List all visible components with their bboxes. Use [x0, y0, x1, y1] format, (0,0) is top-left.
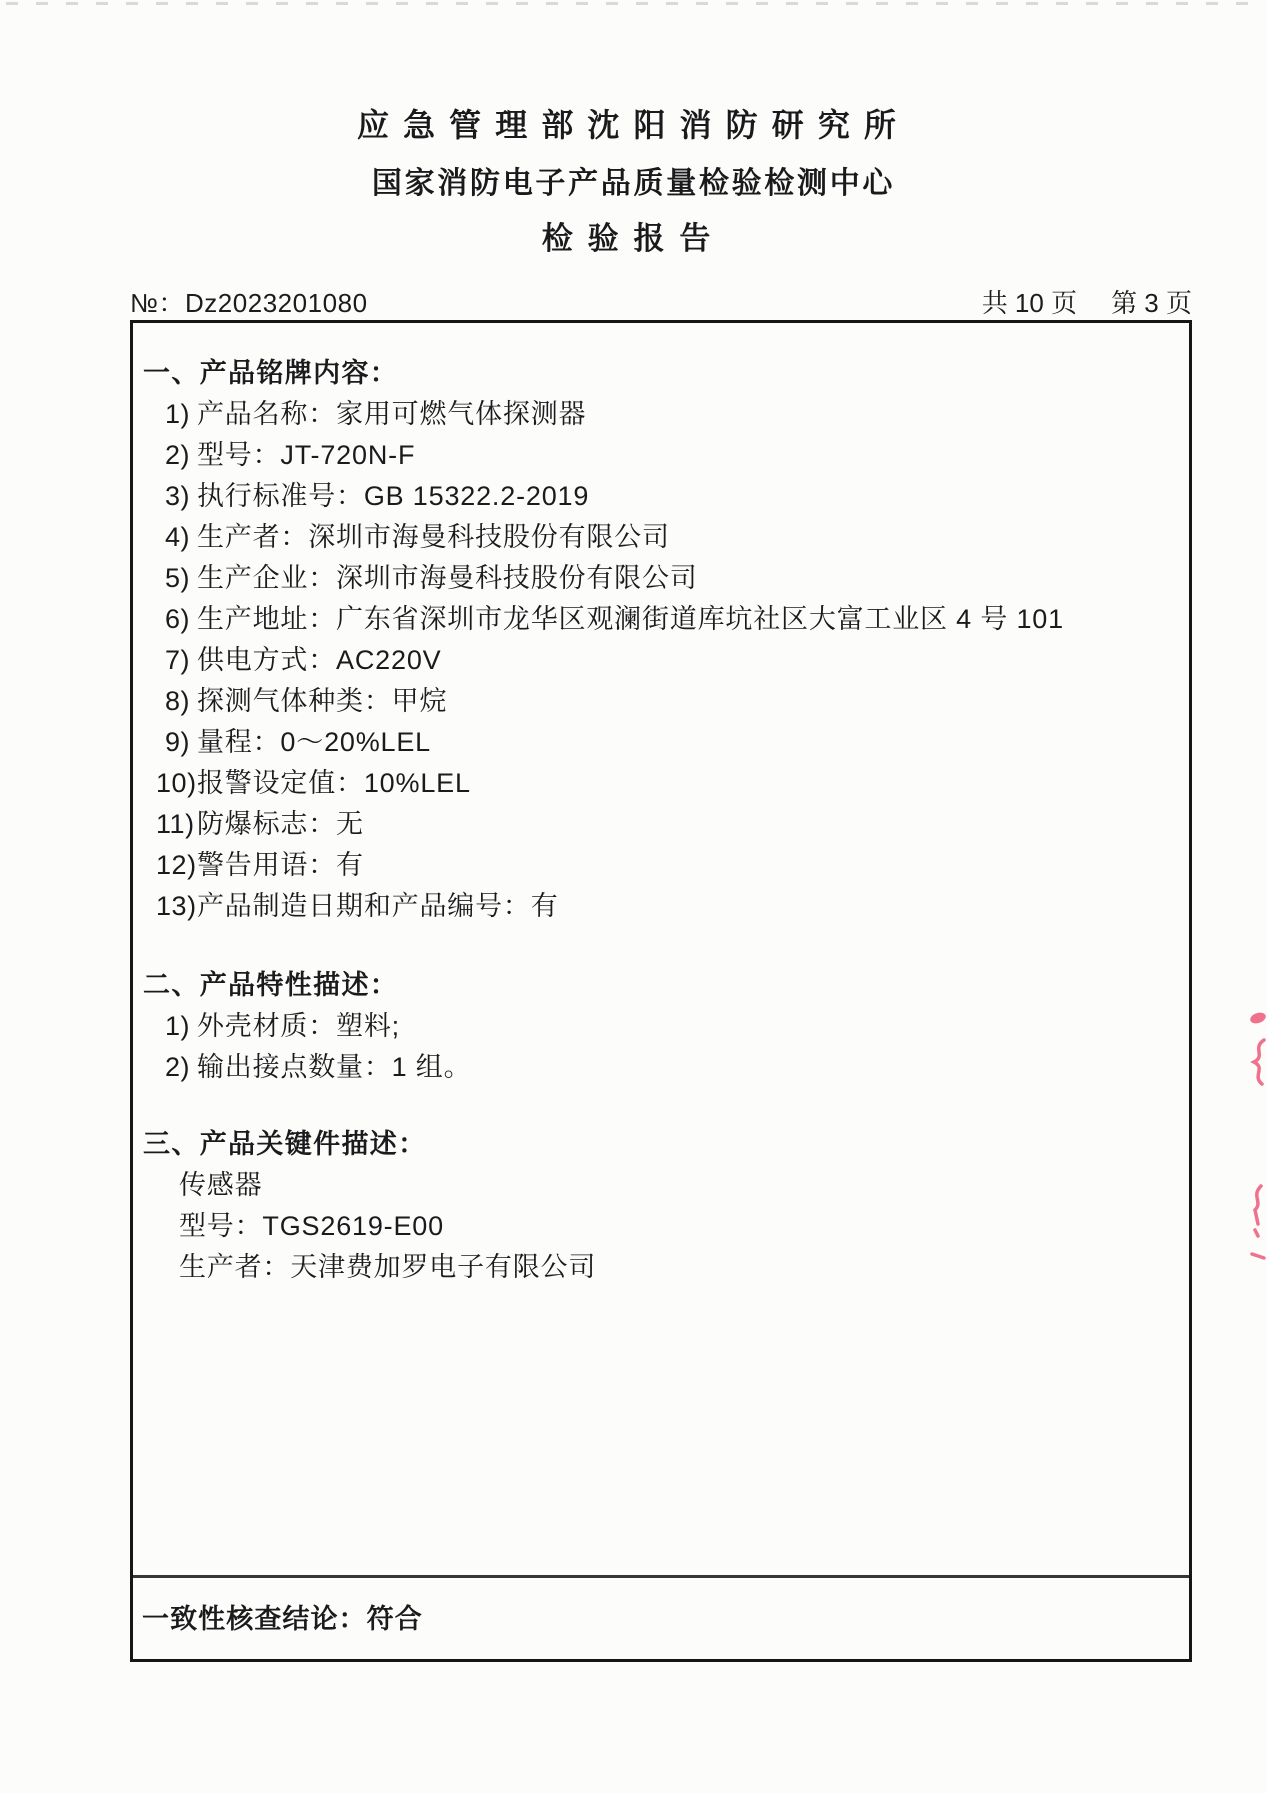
item-number: 1) — [156, 1006, 197, 1047]
item-text: 外壳材质：塑料; — [197, 1006, 400, 1047]
item-number: 12) — [156, 845, 197, 886]
section-characteristics: 二、产品特性描述： 1)外壳材质：塑料;2)输出接点数量：1 组。 — [143, 965, 1179, 1088]
report-header: 应急管理部沈阳消防研究所 国家消防电子产品质量检验检测中心 检验报告 — [0, 100, 1267, 258]
list-item: 11)防爆标志：无 — [156, 804, 1179, 845]
testing-center-name: 国家消防电子产品质量检验检测中心 — [0, 158, 1267, 202]
report-number-label: №： — [130, 288, 185, 318]
item-number: 11) — [156, 804, 197, 845]
conformity-conclusion: 一致性核查结论：符合 — [142, 1599, 423, 1640]
document-title: 检验报告 — [0, 213, 1267, 258]
list-item: 13)产品制造日期和产品编号：有 — [156, 886, 1179, 927]
item-text: 型号：TGS2619-E00 — [179, 1206, 444, 1247]
list-item: 2)输出接点数量：1 组。 — [156, 1047, 1179, 1088]
item-text: 生产地址：广东省深圳市龙华区观澜街道库坑社区大富工业区 4 号 101 — [197, 599, 1064, 640]
item-text: 报警设定值：10%LEL — [197, 763, 471, 804]
report-page: 应急管理部沈阳消防研究所 国家消防电子产品质量检验检测中心 检验报告 №：Dz2… — [0, 0, 1267, 1793]
item-number: 13) — [156, 886, 197, 927]
list-item: 8)探测气体种类：甲烷 — [156, 681, 1179, 722]
list-item: 2)型号：JT-720N-F — [156, 435, 1179, 476]
item-text: 生产企业：深圳市海曼科技股份有限公司 — [197, 558, 698, 599]
content-box: 一、产品铭牌内容： 1)产品名称：家用可燃气体探测器2)型号：JT-720N-F… — [130, 320, 1192, 1662]
item-text: 供电方式：AC220V — [197, 640, 441, 681]
item-number: 2) — [156, 435, 197, 476]
item-number: 10) — [156, 763, 197, 804]
list-item: 型号：TGS2619-E00 — [156, 1206, 1179, 1247]
pagination: 共 10 页 第 3 页 — [982, 283, 1192, 320]
organization-name: 应急管理部沈阳消防研究所 — [0, 100, 1267, 146]
section-items: 传感器型号：TGS2619-E00生产者：天津费加罗电子有限公司 — [156, 1165, 1179, 1288]
list-item: 5)生产企业：深圳市海曼科技股份有限公司 — [156, 558, 1179, 599]
item-text: 产品名称：家用可燃气体探测器 — [197, 394, 586, 435]
item-number: 1) — [156, 394, 197, 435]
section-heading: 三、产品关键件描述： — [143, 1124, 1179, 1165]
scan-edge-artifact — [6, 2, 1256, 5]
red-stamp-fragments — [1244, 1008, 1267, 1268]
section-nameplate: 一、产品铭牌内容： 1)产品名称：家用可燃气体探测器2)型号：JT-720N-F… — [143, 353, 1179, 927]
item-number: 8) — [156, 681, 197, 722]
item-text: 探测气体种类：甲烷 — [197, 681, 447, 722]
list-item: 7)供电方式：AC220V — [156, 640, 1179, 681]
item-text: 型号：JT-720N-F — [197, 435, 415, 476]
section-key-components: 三、产品关键件描述： 传感器型号：TGS2619-E00生产者：天津费加罗电子有… — [143, 1124, 1179, 1288]
item-text: 输出接点数量：1 组。 — [197, 1047, 471, 1088]
list-item: 10)报警设定值：10%LEL — [156, 763, 1179, 804]
section-heading: 一、产品铭牌内容： — [143, 353, 1179, 394]
list-item: 12)警告用语：有 — [156, 845, 1179, 886]
list-item: 1)外壳材质：塑料; — [156, 1006, 1179, 1047]
report-number-value: Dz2023201080 — [185, 288, 368, 318]
item-text: 执行标准号：GB 15322.2-2019 — [197, 476, 589, 517]
item-number: 9) — [156, 722, 197, 763]
section-items: 1)产品名称：家用可燃气体探测器2)型号：JT-720N-F3)执行标准号：GB… — [156, 394, 1179, 927]
list-item: 6)生产地址：广东省深圳市龙华区观澜街道库坑社区大富工业区 4 号 101 — [156, 599, 1179, 640]
item-text: 警告用语：有 — [197, 845, 364, 886]
list-item: 生产者：天津费加罗电子有限公司 — [156, 1247, 1179, 1288]
list-item: 传感器 — [156, 1165, 1179, 1206]
item-number: 2) — [156, 1047, 197, 1088]
conclusion-divider — [133, 1575, 1189, 1578]
item-number: 6) — [156, 599, 197, 640]
item-number: 5) — [156, 558, 197, 599]
item-text: 生产者：深圳市海曼科技股份有限公司 — [197, 517, 670, 558]
list-item: 9)量程：0～20%LEL — [156, 722, 1179, 763]
report-meta-row: №：Dz2023201080 共 10 页 第 3 页 — [130, 283, 1192, 320]
section-heading: 二、产品特性描述： — [143, 965, 1179, 1006]
current-page: 第 3 页 — [1111, 283, 1192, 320]
section-items: 1)外壳材质：塑料;2)输出接点数量：1 组。 — [156, 1006, 1179, 1088]
item-text: 防爆标志：无 — [197, 804, 364, 845]
item-text: 生产者：天津费加罗电子有限公司 — [179, 1247, 596, 1288]
item-text: 量程：0～20%LEL — [197, 722, 431, 763]
list-item: 3)执行标准号：GB 15322.2-2019 — [156, 476, 1179, 517]
report-number: №：Dz2023201080 — [130, 283, 368, 320]
list-item: 1)产品名称：家用可燃气体探测器 — [156, 394, 1179, 435]
item-number: 3) — [156, 476, 197, 517]
item-number: 4) — [156, 517, 197, 558]
list-item: 4)生产者：深圳市海曼科技股份有限公司 — [156, 517, 1179, 558]
item-text: 产品制造日期和产品编号：有 — [197, 886, 559, 927]
total-pages: 共 10 页 — [982, 283, 1077, 320]
item-text: 传感器 — [179, 1165, 262, 1206]
item-number: 7) — [156, 640, 197, 681]
